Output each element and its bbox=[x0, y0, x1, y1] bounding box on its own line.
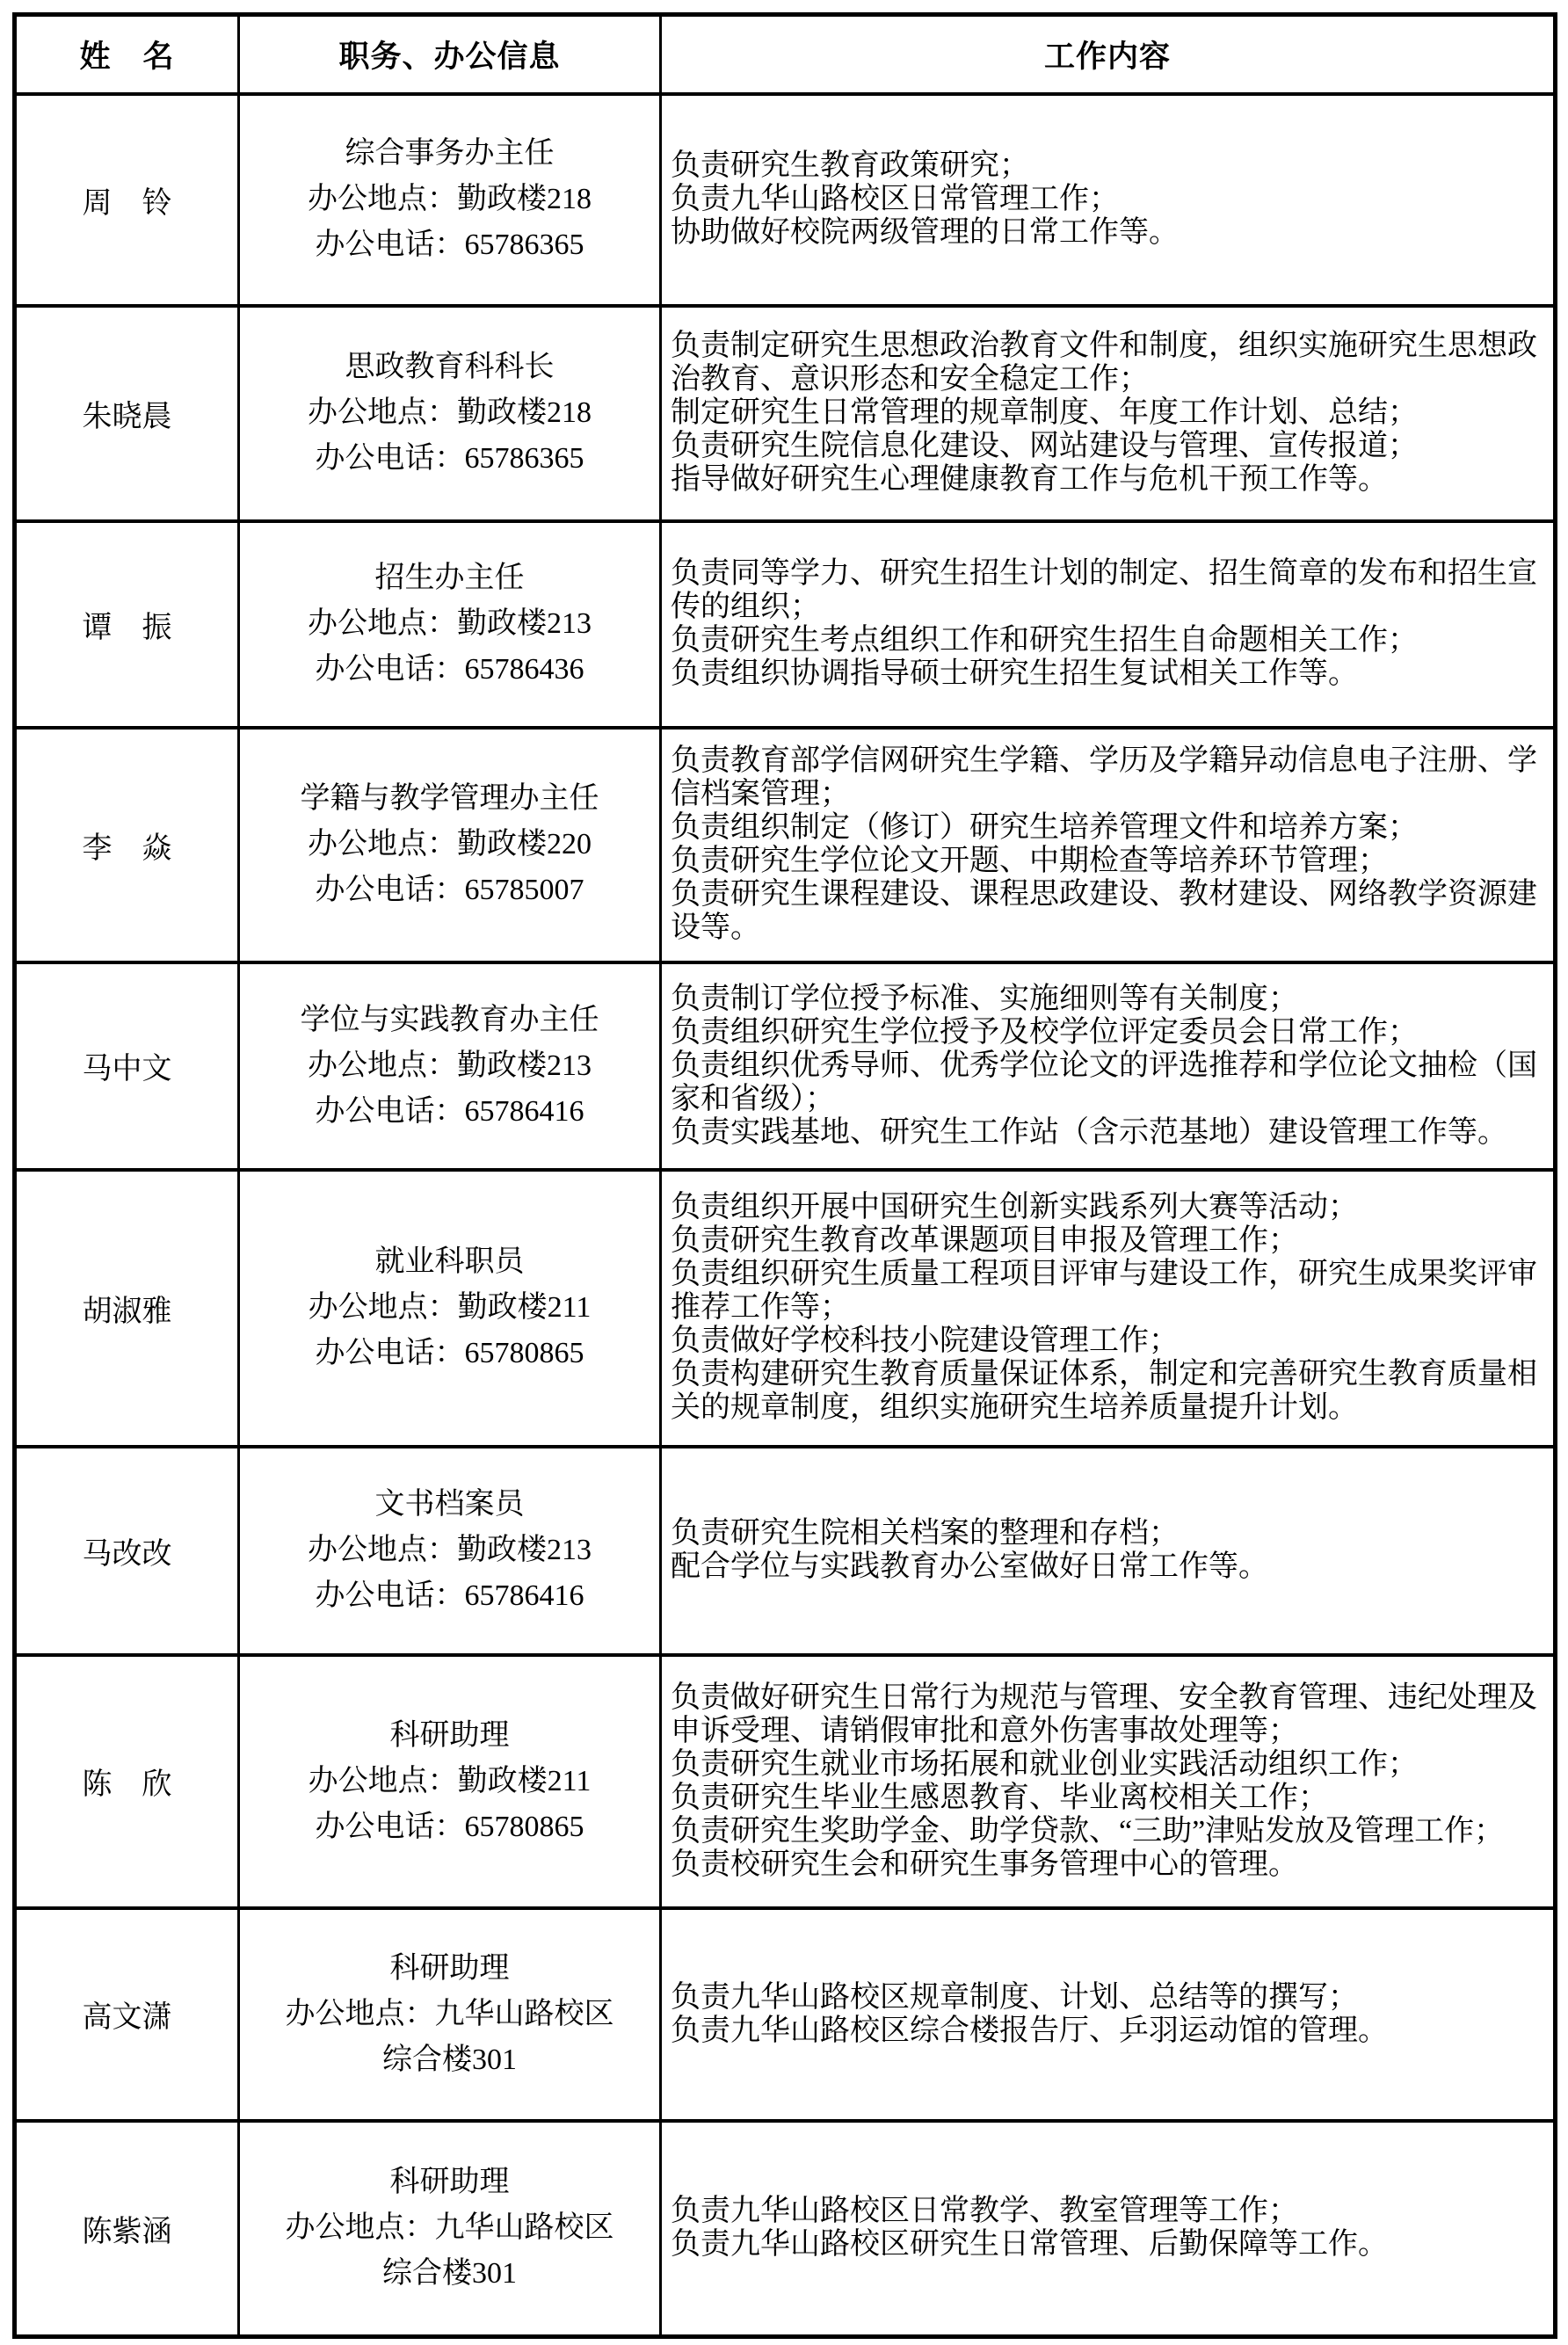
duty-list: 负责研究生教育政策研究；负责九华山路校区日常管理工作；协助做好校院两级管理的日常… bbox=[661, 94, 1556, 306]
office-info: 科研助理办公地点：九华山路校区综合楼301 bbox=[239, 1908, 661, 2121]
staff-name: 周 铃 bbox=[15, 94, 239, 306]
table-row: 胡淑雅 就业科职员办公地点：勤政楼211办公电话：65780865 负责组织开展… bbox=[15, 1170, 1556, 1447]
staff-name: 胡淑雅 bbox=[15, 1170, 239, 1447]
office-info: 就业科职员办公地点：勤政楼211办公电话：65780865 bbox=[239, 1170, 661, 1447]
office-line: 办公地点：勤政楼218 bbox=[240, 177, 659, 222]
duty-line: 负责研究生考点组织工作和研究生招生自命题相关工作； bbox=[671, 624, 1544, 657]
table-row: 谭 振 招生办主任办公地点：勤政楼213办公电话：65786436 负责同等学力… bbox=[15, 521, 1556, 728]
duty-line: 指导做好研究生心理健康教育工作与危机干预工作等。 bbox=[671, 463, 1544, 497]
duty-line: 负责研究生毕业生感恩教育、毕业离校相关工作； bbox=[671, 1782, 1544, 1815]
office-line: 文书档案员 bbox=[240, 1482, 659, 1528]
duty-line: 负责九华山路校区日常管理工作； bbox=[671, 183, 1544, 216]
office-line: 科研助理 bbox=[240, 1713, 659, 1759]
table-row: 李 焱 学籍与教学管理办主任办公地点：勤政楼220办公电话：65785007 负… bbox=[15, 728, 1556, 962]
duty-line: 负责研究生奖助学金、助学贷款、“三助”津贴发放及管理工作； bbox=[671, 1815, 1544, 1848]
duty-line: 负责组织协调指导硕士研究生招生复试相关工作等。 bbox=[671, 657, 1544, 691]
table-row: 高文潇 科研助理办公地点：九华山路校区综合楼301 负责九华山路校区规章制度、计… bbox=[15, 1908, 1556, 2121]
office-line: 就业科职员 bbox=[240, 1239, 659, 1285]
office-line: 办公电话：65786365 bbox=[240, 222, 659, 268]
staff-name: 陈紫涵 bbox=[15, 2121, 239, 2337]
staff-name: 高文潇 bbox=[15, 1908, 239, 2121]
duty-line: 负责制定研究生思想政治教育文件和制度，组织实施研究生思想政治教育、意识形态和安全… bbox=[671, 330, 1544, 396]
duty-line: 负责研究生教育政策研究； bbox=[671, 149, 1544, 183]
duty-line: 负责九华山路校区规章制度、计划、总结等的撰写； bbox=[671, 1981, 1544, 2015]
staff-name: 陈 欣 bbox=[15, 1655, 239, 1908]
duty-line: 负责做好研究生日常行为规范与管理、安全教育管理、违纪处理及申诉受理、请销假审批和… bbox=[671, 1681, 1544, 1748]
office-line: 综合楼301 bbox=[240, 2037, 659, 2083]
duty-line: 负责组织优秀导师、优秀学位论文的评选推荐和学位论文抽检（国家和省级）； bbox=[671, 1049, 1544, 1116]
office-info: 思政教育科科长办公地点：勤政楼218办公电话：65786365 bbox=[239, 306, 661, 521]
duty-list: 负责制订学位授予标准、实施细则等有关制度；负责组织研究生学位授予及校学位评定委员… bbox=[661, 962, 1556, 1170]
office-line: 办公地点：九华山路校区 bbox=[240, 1992, 659, 2037]
table-body: 周 铃 综合事务办主任办公地点：勤政楼218办公电话：65786365 负责研究… bbox=[15, 94, 1556, 2337]
duty-line: 负责九华山路校区日常教学、教室管理等工作； bbox=[671, 2195, 1544, 2228]
duty-line: 负责组织研究生学位授予及校学位评定委员会日常工作； bbox=[671, 1016, 1544, 1049]
table-row: 马改改 文书档案员办公地点：勤政楼213办公电话：65786416 负责研究生院… bbox=[15, 1447, 1556, 1655]
office-info: 文书档案员办公地点：勤政楼213办公电话：65786416 bbox=[239, 1447, 661, 1655]
duty-list: 负责九华山路校区日常教学、教室管理等工作；负责九华山路校区研究生日常管理、后勤保… bbox=[661, 2121, 1556, 2337]
duty-line: 负责组织制定（修订）研究生培养管理文件和培养方案； bbox=[671, 811, 1544, 845]
office-line: 办公地点：九华山路校区 bbox=[240, 2205, 659, 2251]
office-info: 科研助理办公地点：九华山路校区综合楼301 bbox=[239, 2121, 661, 2337]
office-info: 招生办主任办公地点：勤政楼213办公电话：65786436 bbox=[239, 521, 661, 728]
staff-name: 李 焱 bbox=[15, 728, 239, 962]
office-info: 学位与实践教育办主任办公地点：勤政楼213办公电话：65786416 bbox=[239, 962, 661, 1170]
table-row: 朱晓晨 思政教育科科长办公地点：勤政楼218办公电话：65786365 负责制定… bbox=[15, 306, 1556, 521]
staff-name: 朱晓晨 bbox=[15, 306, 239, 521]
duty-list: 负责制定研究生思想政治教育文件和制度，组织实施研究生思想政治教育、意识形态和安全… bbox=[661, 306, 1556, 521]
staff-table: 姓 名 职务、办公信息 工作内容 周 铃 综合事务办主任办公地点：勤政楼218办… bbox=[12, 12, 1557, 2339]
table-row: 周 铃 综合事务办主任办公地点：勤政楼218办公电话：65786365 负责研究… bbox=[15, 94, 1556, 306]
staff-directory-page: 姓 名 职务、办公信息 工作内容 周 铃 综合事务办主任办公地点：勤政楼218办… bbox=[0, 0, 1568, 2345]
duty-line: 负责做好学校科技小院建设管理工作； bbox=[671, 1325, 1544, 1358]
office-line: 办公电话：65780865 bbox=[240, 1331, 659, 1376]
duty-line: 负责制订学位授予标准、实施细则等有关制度； bbox=[671, 983, 1544, 1016]
staff-name: 马中文 bbox=[15, 962, 239, 1170]
office-line: 科研助理 bbox=[240, 2160, 659, 2205]
duty-line: 负责研究生课程建设、课程思政建设、教材建设、网络教学资源建设等。 bbox=[671, 878, 1544, 945]
duty-line: 负责构建研究生教育质量保证体系，制定和完善研究生教育质量相关的规章制度，组织实施… bbox=[671, 1358, 1544, 1425]
column-header-office-info: 职务、办公信息 bbox=[239, 15, 661, 94]
duty-line: 负责研究生院相关档案的整理和存档； bbox=[671, 1517, 1544, 1550]
office-line: 办公地点：勤政楼213 bbox=[240, 601, 659, 647]
duty-list: 负责研究生院相关档案的整理和存档；配合学位与实践教育办公室做好日常工作等。 bbox=[661, 1447, 1556, 1655]
table-row: 陈紫涵 科研助理办公地点：九华山路校区综合楼301 负责九华山路校区日常教学、教… bbox=[15, 2121, 1556, 2337]
office-line: 办公电话：65785007 bbox=[240, 868, 659, 913]
duty-line: 负责研究生院信息化建设、网站建设与管理、宣传报道； bbox=[671, 430, 1544, 463]
office-line: 办公电话：65786365 bbox=[240, 436, 659, 482]
office-line: 办公地点：勤政楼211 bbox=[240, 1759, 659, 1804]
duty-line: 负责实践基地、研究生工作站（含示范基地）建设管理工作等。 bbox=[671, 1116, 1544, 1150]
column-header-name: 姓 名 bbox=[15, 15, 239, 94]
office-info: 科研助理办公地点：勤政楼211办公电话：65780865 bbox=[239, 1655, 661, 1908]
staff-name: 谭 振 bbox=[15, 521, 239, 728]
office-line: 学籍与教学管理办主任 bbox=[240, 776, 659, 822]
header-row: 姓 名 职务、办公信息 工作内容 bbox=[15, 15, 1556, 94]
office-line: 办公地点：勤政楼220 bbox=[240, 822, 659, 868]
duty-line: 负责研究生就业市场拓展和就业创业实践活动组织工作； bbox=[671, 1748, 1544, 1782]
office-info: 学籍与教学管理办主任办公地点：勤政楼220办公电话：65785007 bbox=[239, 728, 661, 962]
office-line: 科研助理 bbox=[240, 1946, 659, 1992]
office-line: 办公电话：65786416 bbox=[240, 1573, 659, 1619]
office-line: 思政教育科科长 bbox=[240, 345, 659, 390]
duty-line: 负责九华山路校区综合楼报告厅、乒羽运动馆的管理。 bbox=[671, 2015, 1544, 2048]
duty-line: 负责组织研究生质量工程项目评审与建设工作，研究生成果奖评审推荐工作等； bbox=[671, 1258, 1544, 1325]
duty-list: 负责同等学力、研究生招生计划的制定、招生简章的发布和招生宣传的组织；负责研究生考… bbox=[661, 521, 1556, 728]
duty-list: 负责九华山路校区规章制度、计划、总结等的撰写；负责九华山路校区综合楼报告厅、乒羽… bbox=[661, 1908, 1556, 2121]
office-line: 办公地点：勤政楼218 bbox=[240, 390, 659, 436]
office-line: 学位与实践教育办主任 bbox=[240, 998, 659, 1043]
staff-name: 马改改 bbox=[15, 1447, 239, 1655]
office-line: 办公电话：65780865 bbox=[240, 1804, 659, 1850]
office-line: 综合楼301 bbox=[240, 2251, 659, 2297]
duty-line: 负责教育部学信网研究生学籍、学历及学籍异动信息电子注册、学信档案管理； bbox=[671, 744, 1544, 811]
duty-line: 负责同等学力、研究生招生计划的制定、招生简章的发布和招生宣传的组织； bbox=[671, 557, 1544, 624]
duty-line: 协助做好校院两级管理的日常工作等。 bbox=[671, 216, 1544, 250]
duty-line: 负责组织开展中国研究生创新实践系列大赛等活动； bbox=[671, 1191, 1544, 1224]
duty-line: 配合学位与实践教育办公室做好日常工作等。 bbox=[671, 1550, 1544, 1584]
duty-line: 制定研究生日常管理的规章制度、年度工作计划、总结； bbox=[671, 396, 1544, 430]
office-line: 办公地点：勤政楼213 bbox=[240, 1043, 659, 1089]
office-line: 招生办主任 bbox=[240, 555, 659, 601]
duty-line: 负责校研究生会和研究生事务管理中心的管理。 bbox=[671, 1848, 1544, 1882]
office-line: 综合事务办主任 bbox=[240, 131, 659, 177]
table-row: 马中文 学位与实践教育办主任办公地点：勤政楼213办公电话：65786416 负… bbox=[15, 962, 1556, 1170]
duty-line: 负责研究生学位论文开题、中期检查等培养环节管理； bbox=[671, 845, 1544, 878]
office-line: 办公地点：勤政楼213 bbox=[240, 1528, 659, 1573]
office-line: 办公电话：65786416 bbox=[240, 1089, 659, 1135]
office-line: 办公地点：勤政楼211 bbox=[240, 1285, 659, 1331]
duty-list: 负责教育部学信网研究生学籍、学历及学籍异动信息电子注册、学信档案管理；负责组织制… bbox=[661, 728, 1556, 962]
duty-list: 负责组织开展中国研究生创新实践系列大赛等活动；负责研究生教育改革课题项目申报及管… bbox=[661, 1170, 1556, 1447]
table-row: 陈 欣 科研助理办公地点：勤政楼211办公电话：65780865 负责做好研究生… bbox=[15, 1655, 1556, 1908]
office-line: 办公电话：65786436 bbox=[240, 647, 659, 693]
duty-line: 负责研究生教育改革课题项目申报及管理工作； bbox=[671, 1224, 1544, 1258]
duty-line: 负责九华山路校区研究生日常管理、后勤保障等工作。 bbox=[671, 2228, 1544, 2262]
column-header-duties: 工作内容 bbox=[661, 15, 1556, 94]
duty-list: 负责做好研究生日常行为规范与管理、安全教育管理、违纪处理及申诉受理、请销假审批和… bbox=[661, 1655, 1556, 1908]
office-info: 综合事务办主任办公地点：勤政楼218办公电话：65786365 bbox=[239, 94, 661, 306]
